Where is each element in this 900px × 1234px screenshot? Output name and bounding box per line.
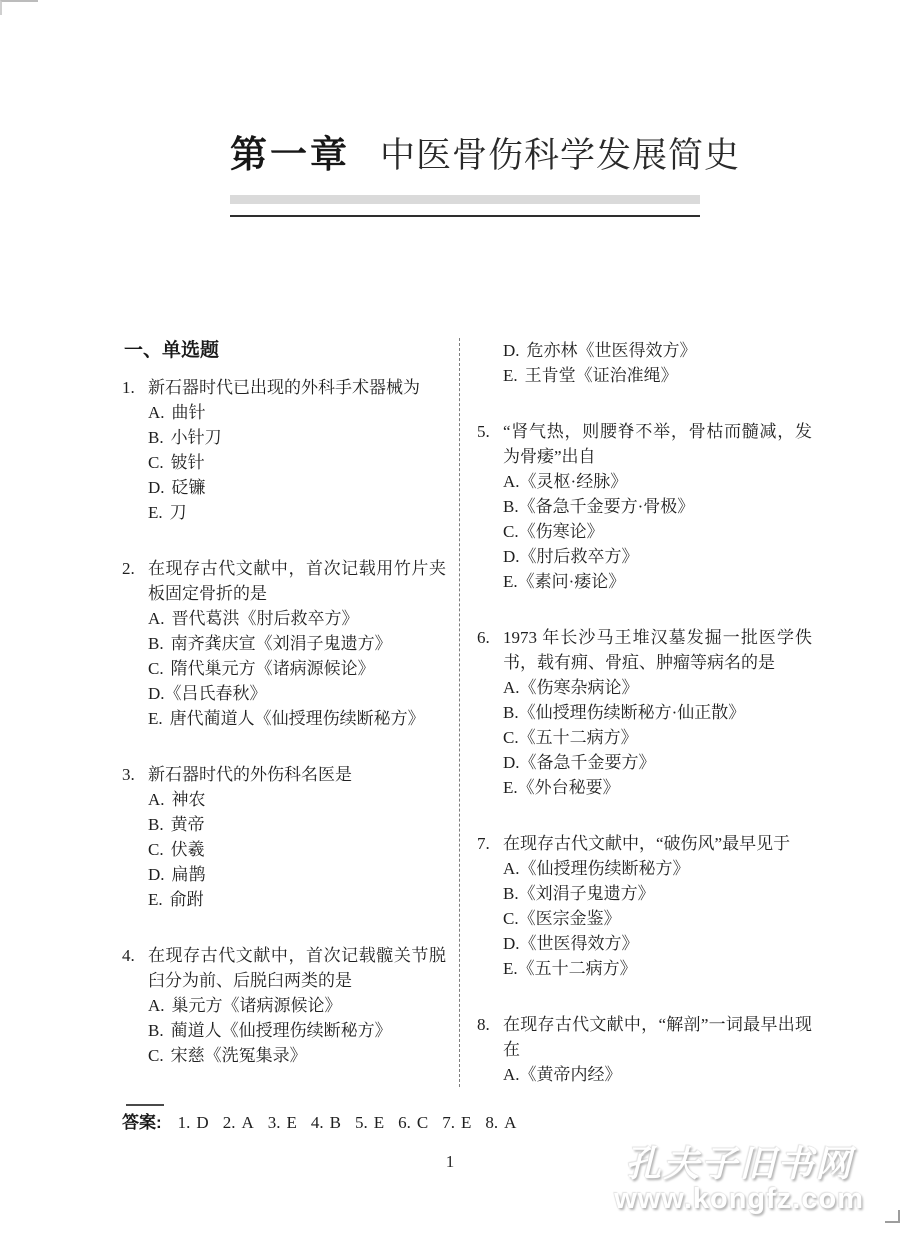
question-text: 在现存古代文献中，“解剖”一词最早出现在 (503, 1012, 812, 1062)
option-row: B. 南齐龚庆宣《刘涓子鬼遗方》 (148, 631, 446, 656)
question-options: A. 《仙授理伤续断秘方》 B. 《刘涓子鬼遗方》 C. 《医宗金鉴》 D. 《… (477, 856, 812, 981)
option-letter: D. (503, 931, 520, 956)
option-letter: C. (148, 656, 164, 681)
option-text: 宋慈《洗冤集录》 (171, 1043, 307, 1068)
option-row: E. 王肯堂《证治准绳》 (503, 363, 812, 388)
option-letter: A. (148, 787, 165, 812)
option-text: 南齐龚庆宣《刘涓子鬼遗方》 (171, 631, 392, 656)
option-letter: D. (148, 862, 165, 887)
answer-question-number: 5. (355, 1113, 368, 1132)
option-row: A. 神农 (148, 787, 446, 812)
option-text: 《世医得效方》 (520, 931, 639, 956)
option-letter: B. (148, 812, 164, 837)
option-letter: D. (503, 544, 520, 569)
option-text: 巢元方《诸病源候论》 (172, 993, 342, 1018)
option-row: E. 《五十二病方》 (503, 956, 812, 981)
question-text: 新石器时代已出现的外科手术器械为 (148, 375, 446, 400)
answer-question-number: 2. (223, 1113, 236, 1132)
question-heading: 1. 新石器时代已出现的外科手术器械为 (122, 375, 446, 400)
option-row: D. 《备急千金要方》 (503, 750, 812, 775)
option-text: 《备急千金要方·骨极》 (519, 494, 695, 519)
option-letter: B. (503, 700, 519, 725)
option-letter: C. (503, 519, 519, 544)
answer-letter: A (504, 1113, 516, 1132)
option-text: 《肘后救卒方》 (520, 544, 639, 569)
option-letter: D. (503, 338, 520, 363)
question-number: 1. (122, 375, 148, 400)
option-letter: C. (148, 837, 164, 862)
answer-item: 3.E (268, 1110, 297, 1135)
option-text: 伏羲 (171, 837, 205, 862)
question-heading: 2. 在现存古代文献中，首次记载用竹片夹板固定骨折的是 (122, 556, 446, 606)
option-row: C. 《伤寒论》 (503, 519, 812, 544)
question-options: D. 危亦林《世医得效方》 E. 王肯堂《证治准绳》 (477, 338, 812, 388)
column-divider (459, 338, 460, 1087)
scan-corner-bottom-right (885, 1210, 900, 1223)
question-block: 6. 1973 年长沙马王堆汉墓发掘一批医学佚书，载有痈、骨疽、肿瘤等病名的是 … (477, 625, 812, 800)
answer-question-number: 3. (268, 1113, 281, 1132)
answer-question-number: 8. (485, 1113, 498, 1132)
option-letter: C. (148, 1043, 164, 1068)
answer-item: 5.E (355, 1110, 384, 1135)
answer-question-number: 4. (311, 1113, 324, 1132)
option-row: E. 唐代蔺道人《仙授理伤续断秘方》 (148, 706, 446, 731)
option-text: 《刘涓子鬼遗方》 (519, 881, 655, 906)
option-text: 《伤寒论》 (519, 519, 604, 544)
question-number: 6. (477, 625, 503, 675)
option-row: A. 晋代葛洪《肘后救卒方》 (148, 606, 446, 631)
answers-label: 答案: (122, 1110, 162, 1135)
option-text: 隋代巢元方《诸病源候论》 (171, 656, 375, 681)
question-block: 5. “肾气热，则腰脊不举，骨枯而髓减，发为骨痿”出自 A. 《灵枢·经脉》 B… (477, 419, 812, 594)
answer-item: 7.E (442, 1110, 471, 1135)
option-row: C. 《医宗金鉴》 (503, 906, 812, 931)
question-number: 5. (477, 419, 503, 469)
option-row: B. 《仙授理伤续断秘方·仙正散》 (503, 700, 812, 725)
answer-letter: A (241, 1113, 253, 1132)
option-text: 《灵枢·经脉》 (520, 469, 628, 494)
question-heading: 4. 在现存古代文献中，首次记载髋关节脱臼分为前、后脱臼两类的是 (122, 943, 446, 993)
option-letter: A. (503, 856, 520, 881)
option-row: B. 小针刀 (148, 425, 446, 450)
option-letter: B. (148, 425, 164, 450)
option-text: 危亦林《世医得效方》 (527, 338, 697, 363)
section-heading: 一、单选题 (124, 338, 446, 363)
scan-corner-top-left (0, 0, 38, 15)
option-row: D. 扁鹊 (148, 862, 446, 887)
option-row: C. 宋慈《洗冤集录》 (148, 1043, 446, 1068)
watermark-site-url: www.kongfz.com (614, 1183, 864, 1216)
question-block: 2. 在现存古代文献中，首次记载用竹片夹板固定骨折的是 A. 晋代葛洪《肘后救卒… (122, 556, 446, 731)
answer-item: 4.B (311, 1110, 341, 1135)
question-block: 8. 在现存古代文献中，“解剖”一词最早出现在 A. 《黄帝内经》 (477, 1012, 812, 1087)
right-column: D. 危亦林《世医得效方》 E. 王肯堂《证治准绳》 5. “肾气热，则腰脊不举… (477, 338, 812, 1087)
option-letter: C. (503, 725, 519, 750)
option-row: E. 《素问·痿论》 (503, 569, 812, 594)
answer-question-number: 7. (442, 1113, 455, 1132)
option-row: C. 铍针 (148, 450, 446, 475)
answer-question-number: 1. (178, 1113, 191, 1132)
question-number: 8. (477, 1012, 503, 1062)
question-options: A. 《灵枢·经脉》 B. 《备急千金要方·骨极》 C. 《伤寒论》 D. 《肘… (477, 469, 812, 594)
option-letter: D. (503, 750, 520, 775)
question-number: 4. (122, 943, 148, 993)
option-text: 《医宗金鉴》 (519, 906, 621, 931)
question-options: A. 《伤寒杂病论》 B. 《仙授理伤续断秘方·仙正散》 C. 《五十二病方》 … (477, 675, 812, 800)
option-letter: E. (503, 956, 518, 981)
option-letter: B. (503, 881, 519, 906)
chapter-title: 中医骨伤科学发展简史 (380, 128, 740, 178)
question-options: A. 曲针 B. 小针刀 C. 铍针 D. 砭镰 E. 刀 (122, 400, 446, 525)
answer-item: 6.C (398, 1110, 428, 1135)
option-row: A. 《仙授理伤续断秘方》 (503, 856, 812, 881)
option-row: A. 曲针 (148, 400, 446, 425)
option-row: C. 《五十二病方》 (503, 725, 812, 750)
option-row: D. 《肘后救卒方》 (503, 544, 812, 569)
option-row: A. 巢元方《诸病源候论》 (148, 993, 446, 1018)
option-text: 刀 (170, 500, 187, 525)
answer-letter: B (330, 1113, 341, 1132)
option-text: 神农 (172, 787, 206, 812)
question-heading: 3. 新石器时代的外伤科名医是 (122, 762, 446, 787)
answer-letter: D (196, 1113, 208, 1132)
option-text: 俞跗 (170, 887, 204, 912)
option-text: 曲针 (172, 400, 206, 425)
option-row: A. 《灵枢·经脉》 (503, 469, 812, 494)
answer-letter: E (461, 1113, 471, 1132)
option-text: 《五十二病方》 (519, 725, 638, 750)
question-block: 1. 新石器时代已出现的外科手术器械为 A. 曲针 B. 小针刀 C. 铍针 D… (122, 375, 446, 525)
question-block: 4. 在现存古代文献中，首次记载髋关节脱臼分为前、后脱臼两类的是 A. 巢元方《… (122, 943, 446, 1068)
option-row: C. 隋代巢元方《诸病源候论》 (148, 656, 446, 681)
question-options: A. 巢元方《诸病源候论》 B. 蔺道人《仙授理伤续断秘方》 C. 宋慈《洗冤集… (122, 993, 446, 1068)
option-letter: E. (503, 775, 518, 800)
option-text: 砭镰 (172, 475, 206, 500)
question-block: 7. 在现存古代文献中，“破伤风”最早见于 A. 《仙授理伤续断秘方》 B. 《… (477, 831, 812, 981)
option-text: 《伤寒杂病论》 (520, 675, 639, 700)
answer-item: 2.A (223, 1110, 254, 1135)
question-heading: 7. 在现存古代文献中，“破伤风”最早见于 (477, 831, 812, 856)
title-gray-bar (230, 195, 700, 204)
option-text: 《吕氏春秋》 (165, 681, 267, 706)
option-row: B. 《备急千金要方·骨极》 (503, 494, 812, 519)
answers-rule (126, 1104, 164, 1106)
option-letter: B. (148, 631, 164, 656)
question-heading: 6. 1973 年长沙马王堆汉墓发掘一批医学佚书，载有痈、骨疽、肿瘤等病名的是 (477, 625, 812, 675)
option-row: D. 危亦林《世医得效方》 (503, 338, 812, 363)
option-letter: E. (503, 363, 518, 388)
question-heading: 8. 在现存古代文献中，“解剖”一词最早出现在 (477, 1012, 812, 1062)
option-letter: A. (148, 606, 165, 631)
option-row: D. 《吕氏春秋》 (148, 681, 446, 706)
option-text: 《外台秘要》 (518, 775, 620, 800)
option-text: 《备急千金要方》 (520, 750, 656, 775)
option-text: 《仙授理伤续断秘方》 (520, 856, 690, 881)
question-columns: 一、单选题 1. 新石器时代已出现的外科手术器械为 A. 曲针 B. 小针刀 C… (122, 338, 812, 1087)
page-number: 1 (0, 1152, 900, 1172)
answers-line: 答案: 1.D2.A3.E4.B5.E6.C7.E8.A (122, 1110, 530, 1135)
answer-letter: E (286, 1113, 296, 1132)
option-text: 王肯堂《证治准绳》 (525, 363, 678, 388)
option-row: E. 刀 (148, 500, 446, 525)
chapter-header: 第一章 中医骨伤科学发展简史 (230, 124, 700, 178)
watermark: 孔夫子旧书网 www.kongfz.com (614, 1136, 864, 1216)
question-number: 7. (477, 831, 503, 856)
option-letter: E. (148, 887, 163, 912)
answer-letter: E (374, 1113, 384, 1132)
option-letter: A. (503, 469, 520, 494)
answer-item: 1.D (178, 1110, 209, 1135)
question-options: A. 神农 B. 黄帝 C. 伏羲 D. 扁鹊 E. 俞跗 (122, 787, 446, 912)
question-text: 在现存古代文献中，“破伤风”最早见于 (503, 831, 812, 856)
option-row: C. 伏羲 (148, 837, 446, 862)
book-page: 第一章 中医骨伤科学发展简史 一、单选题 1. 新石器时代已出现的外科手术器械为… (0, 0, 900, 1234)
option-row: B. 黄帝 (148, 812, 446, 837)
option-text: 《五十二病方》 (518, 956, 637, 981)
option-letter: E. (148, 500, 163, 525)
question-continuation-block: D. 危亦林《世医得效方》 E. 王肯堂《证治准绳》 (477, 338, 812, 388)
question-text: “肾气热，则腰脊不举，骨枯而髓减，发为骨痿”出自 (503, 419, 812, 469)
option-text: 小针刀 (171, 425, 222, 450)
question-text: 在现存古代文献中，首次记载髋关节脱臼分为前、后脱臼两类的是 (148, 943, 446, 993)
chapter-title-line: 第一章 中医骨伤科学发展简史 (230, 124, 700, 178)
question-block: 3. 新石器时代的外伤科名医是 A. 神农 B. 黄帝 C. 伏羲 D. 扁鹊 … (122, 762, 446, 912)
chapter-number: 第一章 (230, 124, 350, 178)
option-text: 《黄帝内经》 (520, 1062, 622, 1087)
option-text: 扁鹊 (172, 862, 206, 887)
option-row: D. 《世医得效方》 (503, 931, 812, 956)
option-letter: B. (503, 494, 519, 519)
answer-letter: C (417, 1113, 428, 1132)
option-row: A. 《黄帝内经》 (503, 1062, 812, 1087)
option-row: A. 《伤寒杂病论》 (503, 675, 812, 700)
option-text: 晋代葛洪《肘后救卒方》 (172, 606, 359, 631)
option-text: 《素问·痿论》 (518, 569, 626, 594)
option-row: D. 砭镰 (148, 475, 446, 500)
question-number: 3. (122, 762, 148, 787)
option-letter: C. (503, 906, 519, 931)
option-row: B. 蔺道人《仙授理伤续断秘方》 (148, 1018, 446, 1043)
option-row: E. 《外台秘要》 (503, 775, 812, 800)
question-options: A. 《黄帝内经》 (477, 1062, 812, 1087)
option-letter: D. (148, 681, 165, 706)
answer-question-number: 6. (398, 1113, 411, 1132)
option-text: 铍针 (171, 450, 205, 475)
question-number: 2. (122, 556, 148, 606)
answer-item: 8.A (485, 1110, 516, 1135)
option-letter: C. (148, 450, 164, 475)
question-heading: 5. “肾气热，则腰脊不举，骨枯而髓减，发为骨痿”出自 (477, 419, 812, 469)
option-letter: A. (148, 993, 165, 1018)
question-text: 新石器时代的外伤科名医是 (148, 762, 446, 787)
question-text: 在现存古代文献中，首次记载用竹片夹板固定骨折的是 (148, 556, 446, 606)
question-text: 1973 年长沙马王堆汉墓发掘一批医学佚书，载有痈、骨疽、肿瘤等病名的是 (503, 625, 812, 675)
left-column: 一、单选题 1. 新石器时代已出现的外科手术器械为 A. 曲针 B. 小针刀 C… (122, 338, 446, 1087)
option-text: 黄帝 (171, 812, 205, 837)
question-options: A. 晋代葛洪《肘后救卒方》 B. 南齐龚庆宣《刘涓子鬼遗方》 C. 隋代巢元方… (122, 606, 446, 731)
option-text: 蔺道人《仙授理伤续断秘方》 (171, 1018, 392, 1043)
option-letter: A. (148, 400, 165, 425)
option-letter: D. (148, 475, 165, 500)
option-letter: E. (503, 569, 518, 594)
option-letter: B. (148, 1018, 164, 1043)
option-text: 唐代蔺道人《仙授理伤续断秘方》 (170, 706, 425, 731)
option-letter: E. (148, 706, 163, 731)
option-letter: A. (503, 1062, 520, 1087)
option-text: 《仙授理伤续断秘方·仙正散》 (519, 700, 746, 725)
option-letter: A. (503, 675, 520, 700)
title-rule (230, 215, 700, 217)
option-row: B. 《刘涓子鬼遗方》 (503, 881, 812, 906)
option-row: E. 俞跗 (148, 887, 446, 912)
